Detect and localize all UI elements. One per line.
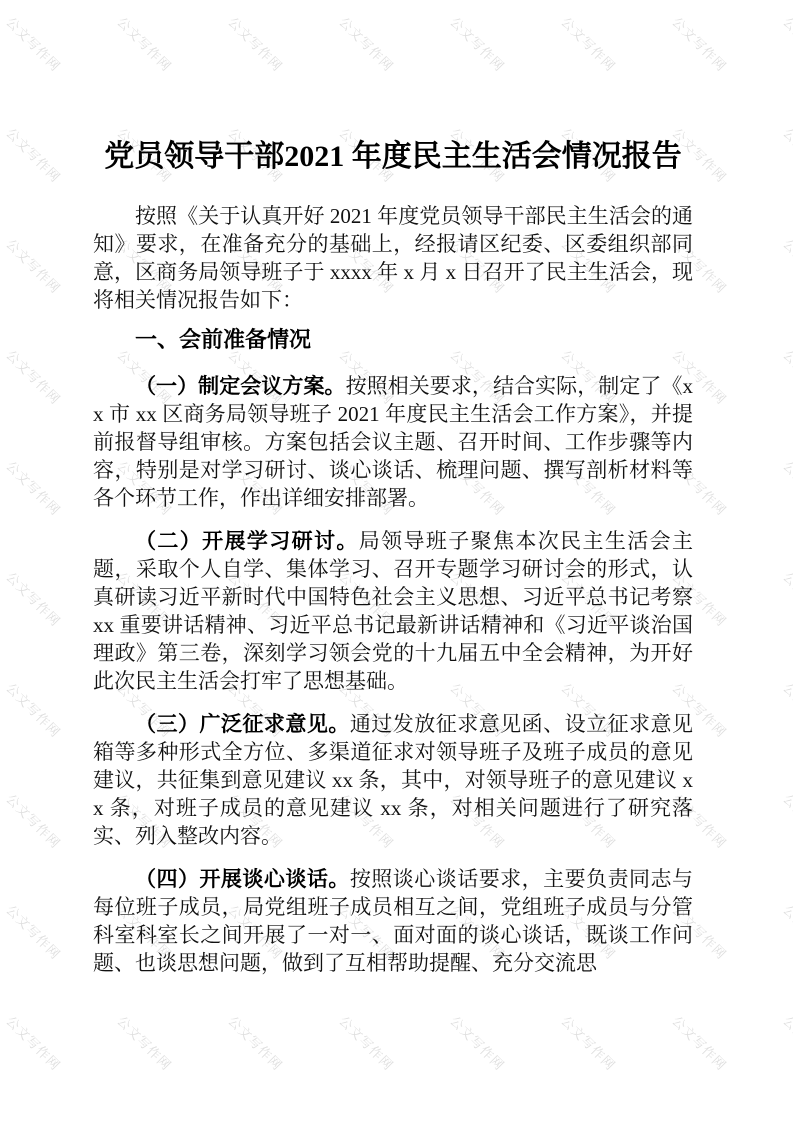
paragraph-lead: （一）制定会议方案。: [135, 374, 346, 398]
watermark-text: 公文写作网: [558, 1011, 621, 1074]
document-title: 党员领导干部2021 年度民主生活会情况报告: [93, 134, 693, 180]
paragraph-lead: （二）开展学习研讨。: [135, 529, 359, 553]
watermark-text: 公文写作网: [114, 1011, 177, 1074]
paragraph-item-3: （三）广泛征求意见。通过发放征求意见函、设立征求意见箱等多种形式全方位、多渠道征…: [93, 710, 693, 850]
paragraph-item-2: （二）开展学习研讨。局领导班子聚焦本次民主生活会主题，采取个人自学、集体学习、召…: [93, 527, 693, 695]
section-heading: 一、会前准备情况: [93, 326, 693, 354]
watermark-text: 公文写作网: [447, 12, 510, 75]
watermark-text: 公文写作网: [3, 234, 66, 297]
document-page: 公文写作网公文写作网公文写作网公文写作网公文写作网公文写作网公文写作网公文写作网…: [0, 0, 793, 1122]
watermark-text: 公文写作网: [336, 1011, 399, 1074]
watermark-text: 公文写作网: [780, 1011, 793, 1074]
watermark-text: 公文写作网: [225, 1011, 288, 1074]
watermark-text: 公文写作网: [225, 12, 288, 75]
watermark-text: 公文写作网: [780, 12, 793, 75]
watermark-text: 公文写作网: [3, 123, 66, 186]
watermark-text: 公文写作网: [780, 234, 793, 297]
watermark-text: 公文写作网: [3, 567, 66, 630]
watermark-text: 公文写作网: [558, 12, 621, 75]
paragraph-item-4: （四）开展谈心谈话。按照谈心谈话要求，主要负责同志与每位班子成员，局党组班子成员…: [93, 865, 693, 977]
watermark-text: 公文写作网: [780, 456, 793, 519]
watermark-text: 公文写作网: [3, 345, 66, 408]
document-content: 党员领导干部2021 年度民主生活会情况报告 按照《关于认真开好 2021 年度…: [93, 134, 693, 977]
watermark-text: 公文写作网: [669, 12, 732, 75]
watermark-text: 公文写作网: [780, 567, 793, 630]
watermark-text: 公文写作网: [3, 900, 66, 963]
paragraph-text: 局领导班子聚焦本次民主生活会主题，采取个人自学、集体学习、召开专题学习研讨会的形…: [93, 529, 693, 693]
watermark-text: 公文写作网: [336, 12, 399, 75]
paragraph-lead: （四）开展谈心谈话。: [135, 867, 350, 891]
watermark-text: 公文写作网: [3, 456, 66, 519]
watermark-text: 公文写作网: [3, 1011, 66, 1074]
paragraph-item-1: （一）制定会议方案。按照相关要求，结合实际，制定了《xx 市 xx 区商务局领导…: [93, 372, 693, 512]
watermark-text: 公文写作网: [780, 345, 793, 408]
paragraph-list: （一）制定会议方案。按照相关要求，结合实际，制定了《xx 市 xx 区商务局领导…: [93, 372, 693, 977]
watermark-text: 公文写作网: [3, 789, 66, 852]
watermark-text: 公文写作网: [780, 678, 793, 741]
watermark-text: 公文写作网: [114, 12, 177, 75]
watermark-text: 公文写作网: [3, 678, 66, 741]
paragraph-lead: （三）广泛征求意见。: [135, 712, 350, 736]
watermark-text: 公文写作网: [780, 900, 793, 963]
watermark-text: 公文写作网: [3, 12, 66, 75]
watermark-text: 公文写作网: [669, 1011, 732, 1074]
intro-paragraph: 按照《关于认真开好 2021 年度党员领导干部民主生活会的通知》要求，在准备充分…: [93, 202, 693, 314]
watermark-text: 公文写作网: [780, 789, 793, 852]
watermark-text: 公文写作网: [447, 1011, 510, 1074]
watermark-text: 公文写作网: [780, 123, 793, 186]
